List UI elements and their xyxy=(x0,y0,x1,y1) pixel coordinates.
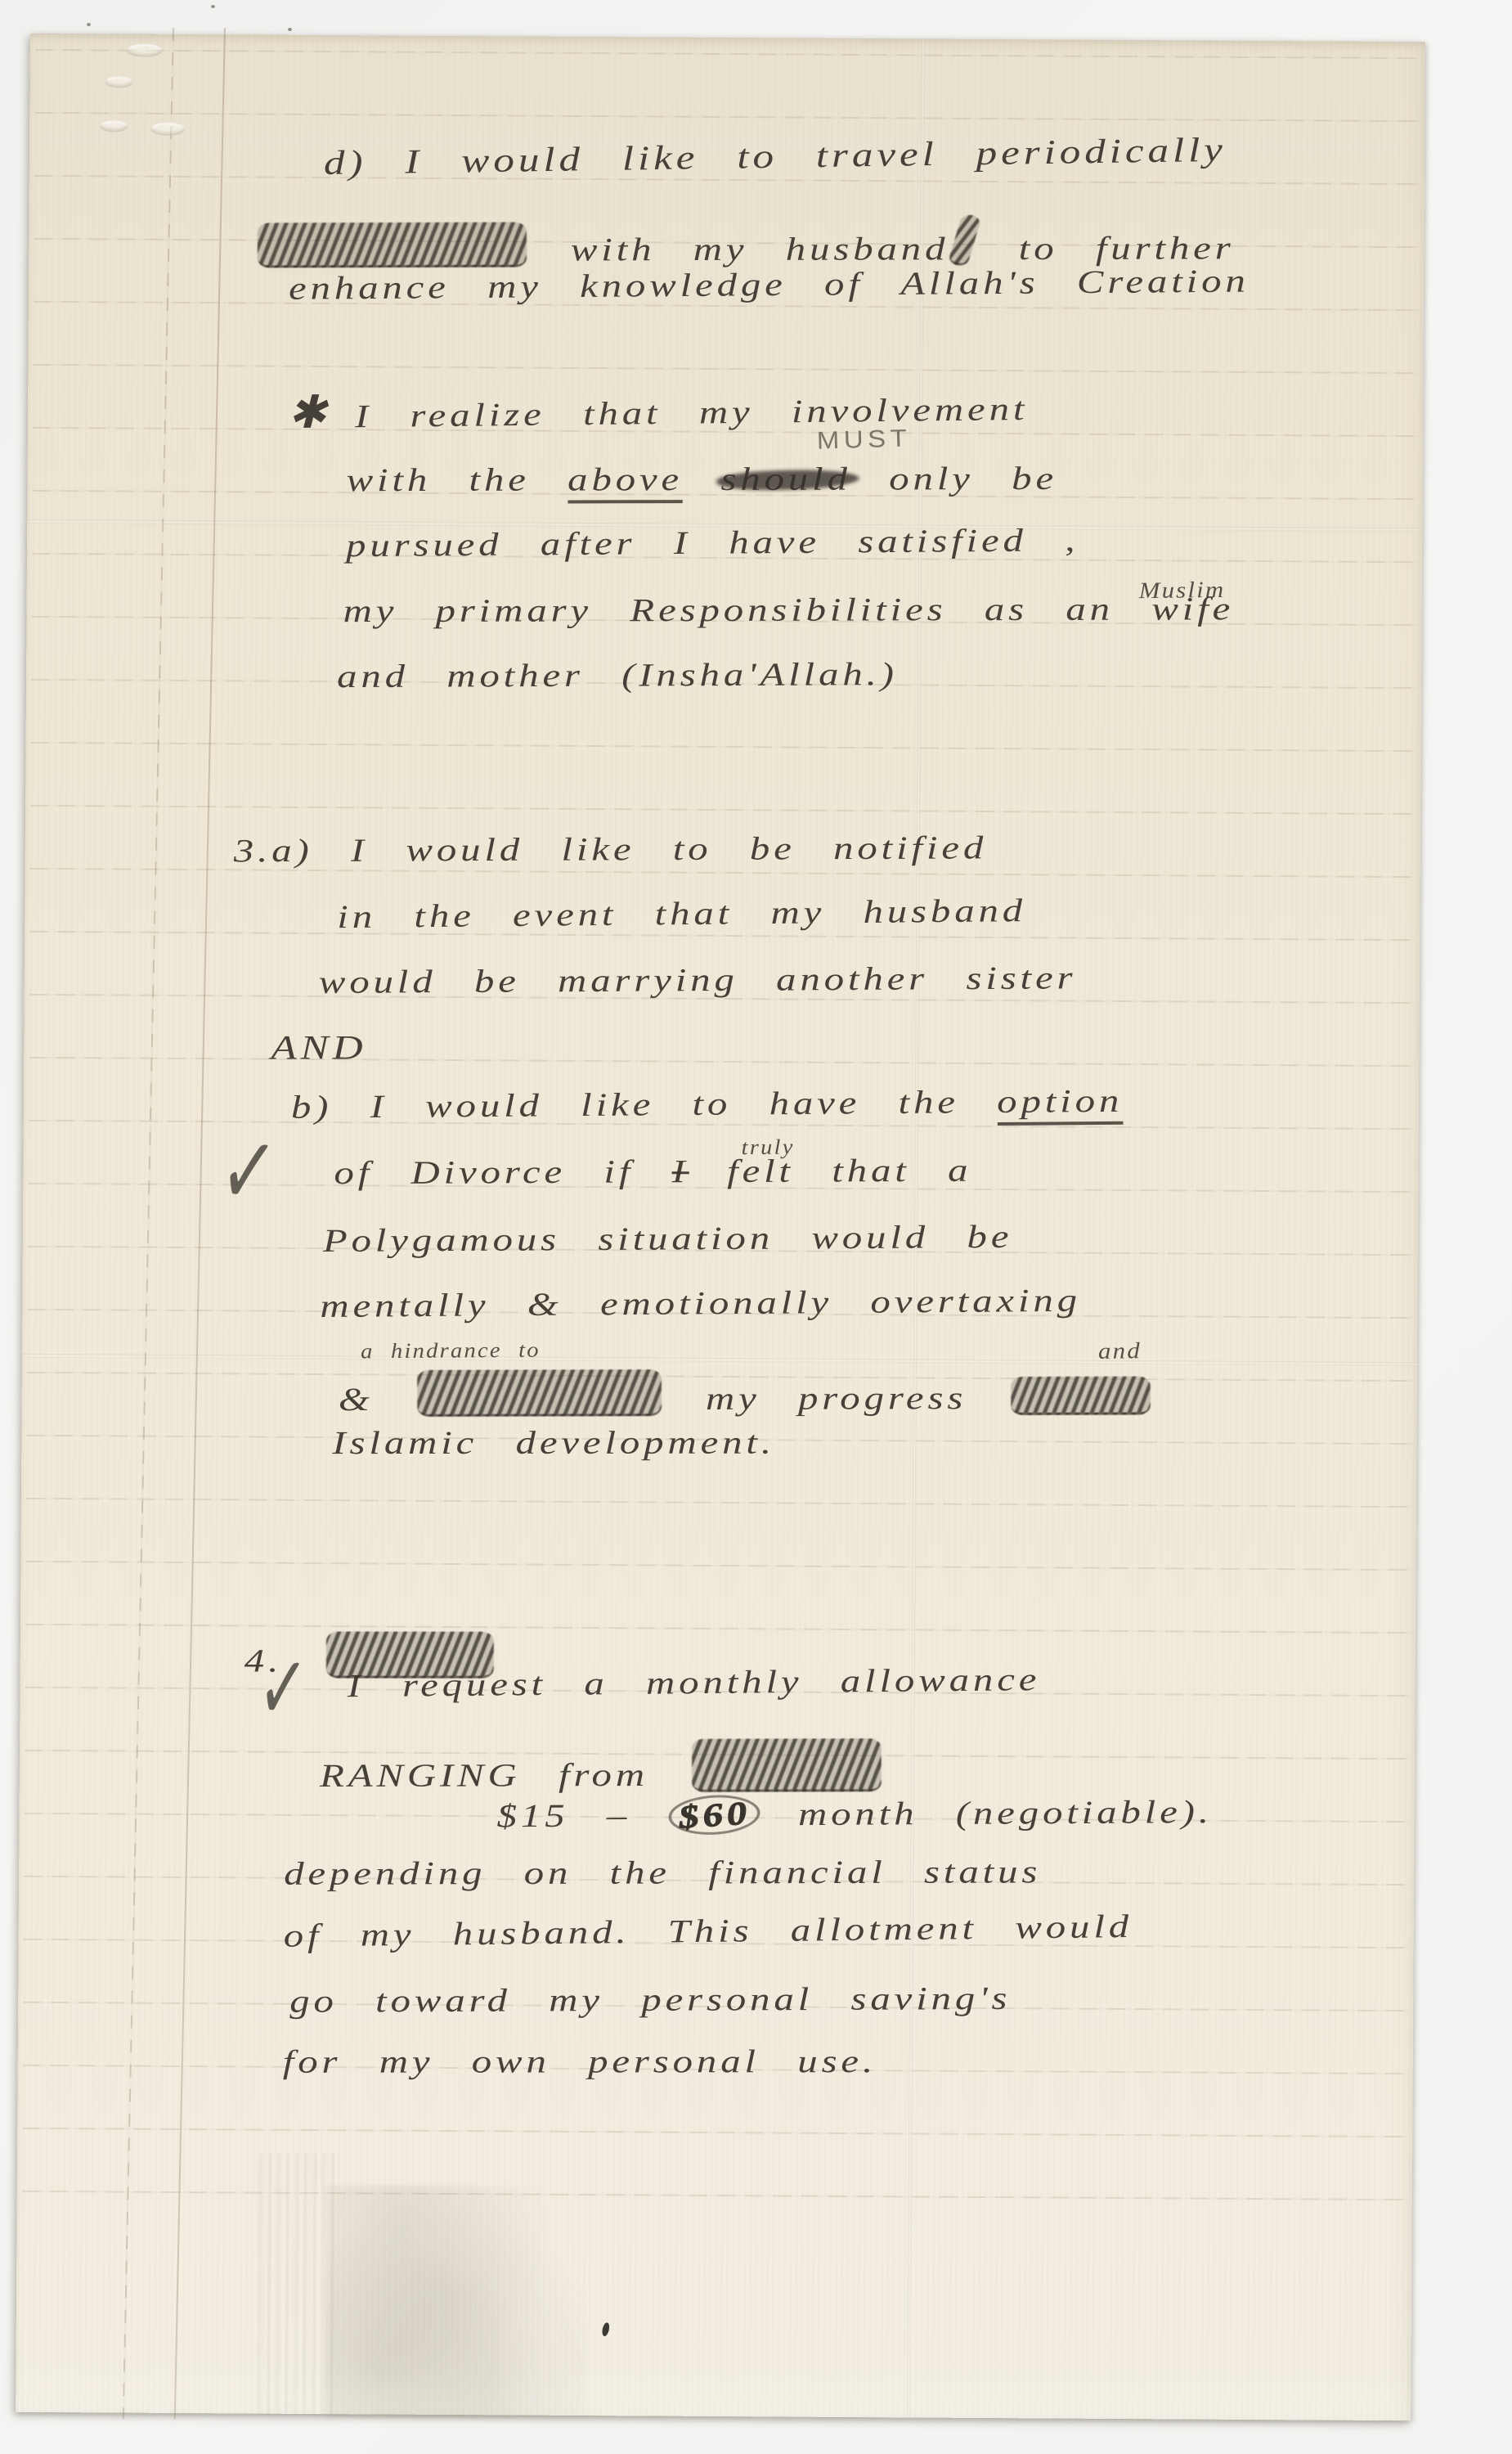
text-segment: and mother (Insha'Allah.) xyxy=(337,655,898,694)
text-segment: pursued after I have satisfied , xyxy=(346,521,1079,564)
scribbled-insert-mark xyxy=(948,213,982,267)
line-4-4: $15 – $60 month (negotiable). xyxy=(496,1792,1213,1836)
scribbled-word: should xyxy=(720,461,851,497)
line-b1: b) I would like to have the option xyxy=(291,1085,1124,1124)
text-segment: my progress xyxy=(667,1379,1004,1417)
insert-hindrance: a hindrance to xyxy=(361,1340,541,1363)
underlined-word: option xyxy=(997,1082,1123,1126)
line-3a4: AND xyxy=(271,1031,366,1065)
line-d2: with my husband to further xyxy=(251,207,1234,267)
checkmark-4: ✓ xyxy=(255,1641,310,1736)
text-segment: to further xyxy=(980,229,1234,267)
line-s4: my primary Responsibilities as an wife xyxy=(343,592,1235,627)
text-segment: I realize that my involvement xyxy=(355,390,1029,434)
checkmark-b: ✓ xyxy=(216,1120,281,1224)
struck-word: I xyxy=(671,1153,689,1189)
line-d1: d) I would like to travel periodically xyxy=(324,133,1227,181)
scanner-background: d) I would like to travel periodically w… xyxy=(0,0,1512,2454)
line-d3: enhance my knowledge of Allah's Creation xyxy=(289,265,1250,305)
text-segment: for my own personal use. xyxy=(283,2043,877,2080)
text-segment: of Divorce if xyxy=(334,1153,671,1191)
dust-speck xyxy=(87,23,91,26)
paper-sheet: d) I would like to travel periodically w… xyxy=(16,34,1425,2420)
text-segment: d) I would like to travel periodically xyxy=(324,132,1227,182)
ink-dot xyxy=(601,2322,610,2337)
text-segment: depending on the financial status xyxy=(284,1853,1041,1891)
line-b2: of Divorce if I felt that a xyxy=(334,1154,971,1189)
text-segment: only be xyxy=(851,460,1057,497)
text-segment: $15 – xyxy=(496,1796,668,1834)
text-segment: I request a monthly allowance xyxy=(347,1661,1040,1704)
scribbled-out-amount xyxy=(692,1738,882,1792)
text-segment: with the xyxy=(347,461,568,498)
scribbled-out-word-preferably xyxy=(258,222,527,268)
text-segment: AND xyxy=(271,1029,366,1067)
text-segment: & xyxy=(339,1381,411,1418)
line-b3: Polygamous situation would be xyxy=(323,1220,1013,1257)
line-3a1: 3.a) I would like to be notified xyxy=(234,831,988,867)
line-s5: and mother (Insha'Allah.) xyxy=(337,658,898,693)
text-segment: month (negotiable). xyxy=(760,1793,1214,1832)
text-segment: would be marrying another sister xyxy=(319,959,1077,1000)
underlined-word: above xyxy=(568,461,683,503)
text-segment: with my husband xyxy=(532,230,949,267)
text-segment: ✱ xyxy=(288,388,330,438)
line-3a3: would be marrying another sister xyxy=(319,961,1077,999)
text-segment: b) I would like to have the xyxy=(291,1083,998,1126)
text-segment: and xyxy=(1098,1338,1142,1364)
text-segment: MUST xyxy=(816,425,911,454)
dust-speck xyxy=(288,28,292,31)
text-segment: RANGING from xyxy=(320,1756,686,1794)
asterisk-mark: ✱ xyxy=(288,390,330,436)
text-layer: d) I would like to travel periodically w… xyxy=(16,34,1425,2420)
line-4-8: for my own personal use. xyxy=(283,2045,877,2079)
text-segment: Islamic development. xyxy=(332,1424,775,1461)
line-b4: mentally & emotionally overtaxing xyxy=(320,1284,1081,1323)
text-segment xyxy=(683,461,720,497)
text-segment: 3.a) I would like to be notified xyxy=(234,829,988,869)
line-4-6: of my husband. This allotment would xyxy=(283,1910,1133,1953)
line-b5: & my progress xyxy=(339,1362,1156,1417)
text-segment: a hindrance to xyxy=(361,1338,541,1364)
line-s3: pursued after I have satisfied , xyxy=(346,524,1079,562)
overwritten-amount: $60 xyxy=(666,1792,761,1837)
text-segment: in the event that my husband xyxy=(337,892,1026,935)
line-s1: I realize that my involvement xyxy=(355,393,1029,433)
line-s2: with the above should only be xyxy=(347,462,1057,497)
insert-and: and xyxy=(1098,1340,1142,1364)
line-b6: Islamic development. xyxy=(332,1427,775,1459)
text-segment: felt that a xyxy=(689,1152,972,1190)
line-4-2: I request a monthly allowance xyxy=(347,1663,1040,1702)
text-segment: mentally & emotionally overtaxing xyxy=(320,1282,1081,1324)
text-segment: Polygamous situation would be xyxy=(323,1218,1013,1259)
text-segment: my primary Responsibilities as an wife xyxy=(343,590,1235,629)
text-segment: of my husband. This allotment would xyxy=(283,1908,1133,1954)
insert-must: MUST xyxy=(816,426,911,453)
line-4-5: depending on the financial status xyxy=(284,1855,1041,1890)
scribbled-out-word xyxy=(1011,1377,1151,1415)
text-segment: enhance my knowledge of Allah's Creation xyxy=(289,263,1250,307)
line-4-3: RANGING from xyxy=(320,1732,888,1792)
line-3a2: in the event that my husband xyxy=(337,894,1026,933)
line-4-7: go toward my personal saving's xyxy=(289,1982,1011,2018)
text-segment: go toward my personal saving's xyxy=(289,1980,1011,2020)
dust-speck xyxy=(211,5,215,8)
scribbled-out-words xyxy=(417,1369,662,1417)
